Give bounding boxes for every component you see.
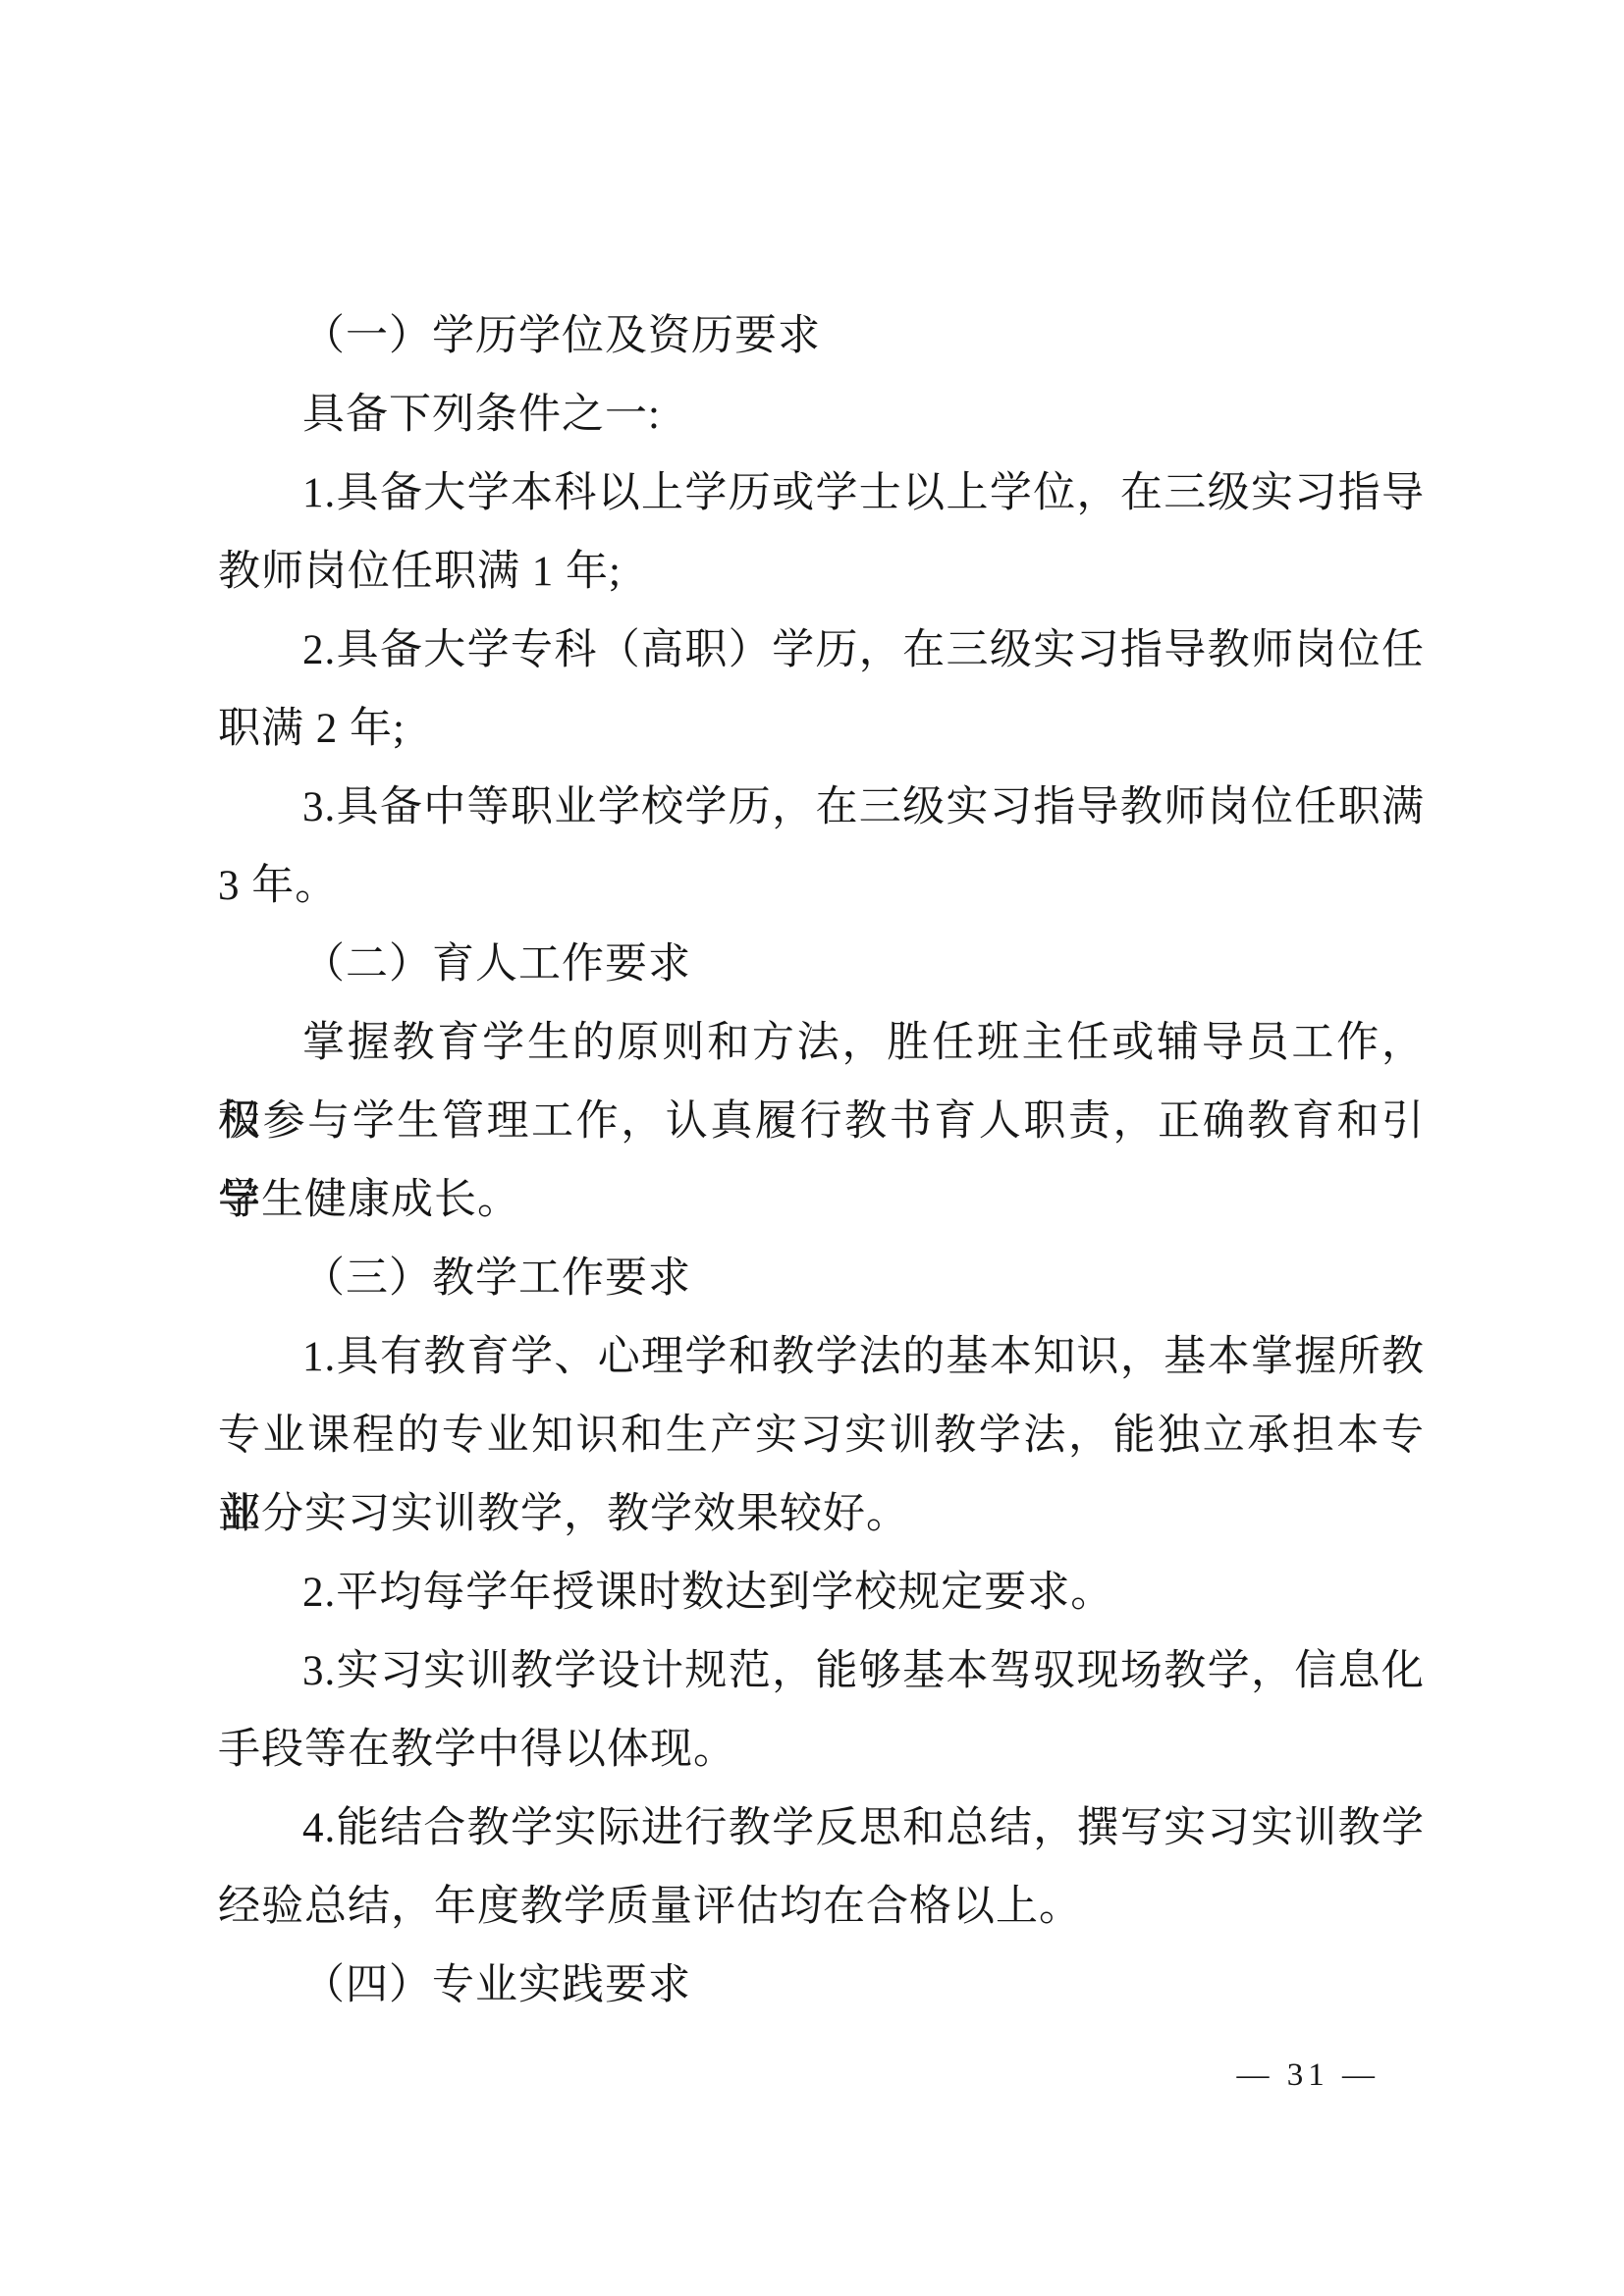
section-heading: （二）育人工作要求 [218, 926, 1425, 1004]
body-line: 2.平均每学年授课时数达到学校规定要求。 [218, 1554, 1425, 1632]
document-lines: （一）学历学位及资历要求具备下列条件之一:1.具备大学本科以上学历或学士以上学位… [218, 297, 1425, 2025]
body-line: 部分实习实训教学，教学效果较好。 [218, 1475, 1425, 1554]
body-line: 3 年。 [218, 847, 1425, 926]
body-line: 3.实习实训教学设计规范，能够基本驾驭现场教学，信息化 [218, 1632, 1425, 1711]
body-line: 具备下列条件之一: [218, 376, 1425, 454]
body-line: 经验总结，年度教学质量评估均在合格以上。 [218, 1868, 1425, 1947]
page-number: — 31 — [1237, 2054, 1380, 2097]
section-heading: （三）教学工作要求 [218, 1240, 1425, 1318]
body-line: 掌握教育学生的原则和方法，胜任班主任或辅导员工作，积 [218, 1004, 1425, 1083]
body-line: 极参与学生管理工作，认真履行教书育人职责，正确教育和引导 [218, 1083, 1425, 1161]
section-heading: （四）专业实践要求 [218, 1947, 1425, 2025]
document-body: （一）学历学位及资历要求具备下列条件之一:1.具备大学本科以上学历或学士以上学位… [218, 297, 1425, 2025]
body-line: 职满 2 年; [218, 690, 1425, 769]
body-line: 3.具备中等职业学校学历，在三级实习指导教师岗位任职满 [218, 769, 1425, 847]
body-line: 1.具有教育学、心理学和教学法的基本知识，基本掌握所教 [218, 1318, 1425, 1397]
document-page: （一）学历学位及资历要求具备下列条件之一:1.具备大学本科以上学历或学士以上学位… [0, 0, 1624, 2296]
body-line: 2.具备大学专科（高职）学历，在三级实习指导教师岗位任 [218, 612, 1425, 690]
body-line: 手段等在教学中得以体现。 [218, 1711, 1425, 1789]
section-heading: （一）学历学位及资历要求 [218, 297, 1425, 376]
body-line: 4.能结合教学实际进行教学反思和总结，撰写实习实训教学 [218, 1789, 1425, 1868]
body-line: 1.具备大学本科以上学历或学士以上学位，在三级实习指导 [218, 454, 1425, 533]
body-line: 学生健康成长。 [218, 1161, 1425, 1240]
body-line: 教师岗位任职满 1 年; [218, 533, 1425, 612]
body-line: 专业课程的专业知识和生产实习实训教学法，能独立承担本专业 [218, 1397, 1425, 1475]
